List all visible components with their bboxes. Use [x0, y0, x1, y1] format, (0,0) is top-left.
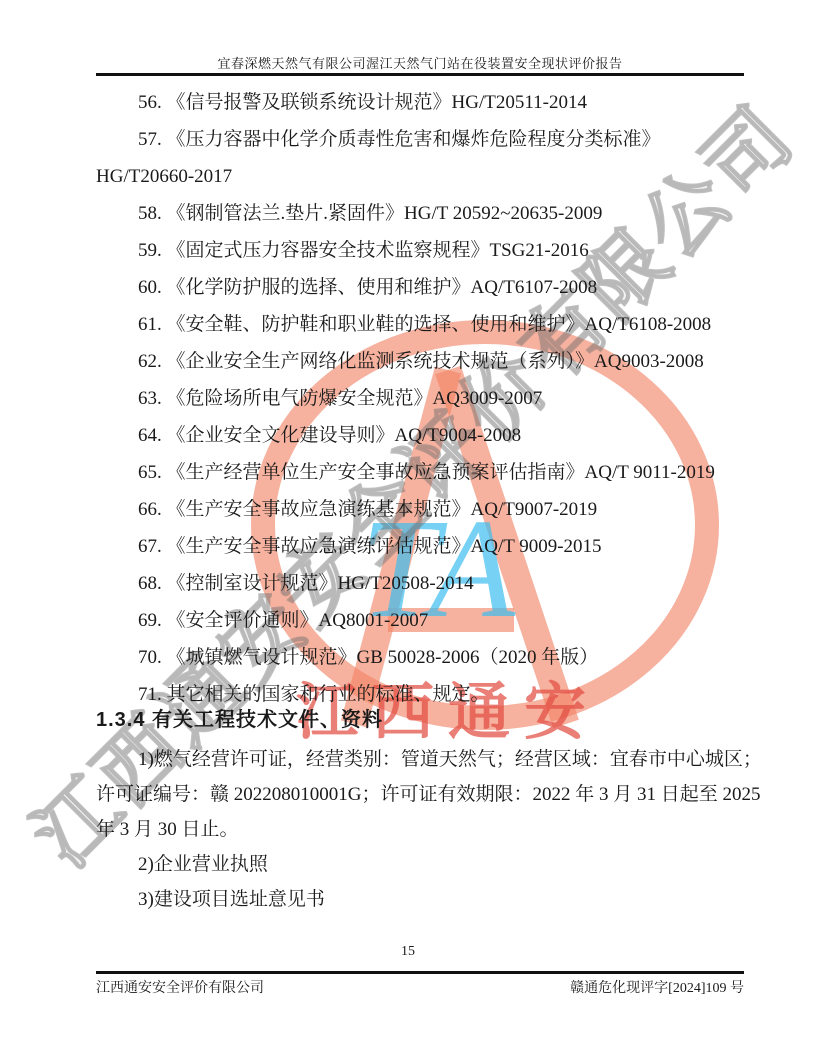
- paragraph-line: 3)建设项目选址意见书: [96, 882, 752, 917]
- list-line: 70. 《城镇燃气设计规范》GB 50028-2006（2020 年版）: [96, 639, 752, 676]
- running-header: 宜春深燃天然气有限公司渥江天然气门站在役装置安全现状评价报告: [96, 53, 744, 72]
- section-heading: 1.3.4 有关工程技术文件、资料: [96, 703, 383, 732]
- footer-rule: [96, 971, 744, 974]
- list-line: 64. 《企业安全文化建设导则》AQ/T9004-2008: [96, 417, 752, 454]
- list-line: 57. 《压力容器中化学介质毒性危害和爆炸危险程度分类标准》: [96, 121, 752, 158]
- list-line: 61. 《安全鞋、防护鞋和职业鞋的选择、使用和维护》AQ/T6108-2008: [96, 306, 752, 343]
- list-line-continuation: HG/T20660-2017: [96, 158, 752, 195]
- list-line: 59. 《固定式压力容器安全技术监察规程》TSG21-2016: [96, 232, 752, 269]
- list-line: 56. 《信号报警及联锁系统设计规范》HG/T20511-2014: [96, 84, 752, 121]
- paragraph-line: 年 3 月 30 日止。: [96, 812, 752, 847]
- list-line: 68. 《控制室设计规范》HG/T20508-2014: [96, 565, 752, 602]
- paragraph-block: 1)燃气经营许可证，经营类别：管道天然气；经营区域：宜春市中心城区； 许可证编号…: [96, 742, 752, 917]
- paragraph-line: 2)企业营业执照: [96, 847, 752, 882]
- list-line: 66. 《生产安全事故应急演练基本规范》AQ/T9007-2019: [96, 491, 752, 528]
- paragraph-line: 1)燃气经营许可证，经营类别：管道天然气；经营区域：宜春市中心城区；: [96, 742, 752, 777]
- list-line: 65. 《生产经营单位生产安全事故应急预案评估指南》AQ/T 9011-2019: [96, 454, 752, 491]
- list-line: 60. 《化学防护服的选择、使用和维护》AQ/T6107-2008: [96, 269, 752, 306]
- footer-doc-number: 赣通危化现评字[2024]109 号: [570, 977, 744, 997]
- list-line: 69. 《安全评价通则》AQ8001-2007: [96, 602, 752, 639]
- footer-company: 江西通安安全评价有限公司: [96, 977, 264, 997]
- page-number: 15: [0, 944, 816, 960]
- list-line: 58. 《钢制管法兰.垫片.紧固件》HG/T 20592~20635-2009: [96, 195, 752, 232]
- document-content: 宜春深燃天然气有限公司渥江天然气门站在役装置安全现状评价报告 56. 《信号报警…: [0, 0, 816, 1056]
- list-line: 67. 《生产安全事故应急演练评估规范》AQ/T 9009-2015: [96, 528, 752, 565]
- standards-list: 56. 《信号报警及联锁系统设计规范》HG/T20511-2014 57. 《压…: [96, 84, 752, 713]
- page: TA 江西通安安全评价有限公司 江西通安 宜春深燃天然气有限公司渥江天然气门站在…: [0, 0, 816, 1056]
- header-rule: [96, 73, 744, 76]
- page-footer: 江西通安安全评价有限公司 赣通危化现评字[2024]109 号: [96, 977, 744, 997]
- list-line: 62. 《企业安全生产网络化监测系统技术规范（系列）》AQ9003-2008: [96, 343, 752, 380]
- list-line: 63. 《危险场所电气防爆安全规范》AQ3009-2007: [96, 380, 752, 417]
- paragraph-line: 许可证编号：赣 202208010001G；许可证有效期限：2022 年 3 月…: [96, 777, 752, 812]
